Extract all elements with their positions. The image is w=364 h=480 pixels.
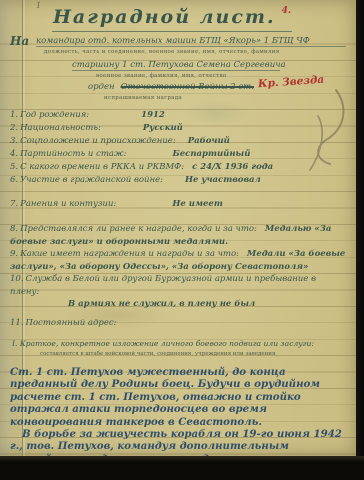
item-number: 8.	[10, 224, 18, 234]
item-number: 7.	[10, 199, 18, 209]
item-value: В армиях не служил, в плену не был	[68, 298, 348, 311]
section-caption: составляется в штабе войсковой части, со…	[40, 351, 275, 357]
item-number: 6.	[10, 175, 18, 185]
item-label: Национальность:	[20, 123, 101, 133]
form-row-white-army: 10.Служба в Белой или другой Буржуазной …	[10, 273, 348, 311]
item-label: Какие имеет награждения и награды и за ч…	[20, 249, 239, 259]
merit-narrative: Ст. 1 ст. Петухов мужественный, до конца…	[10, 366, 350, 456]
form-row-birth-year: 1.Год рождения:1912	[10, 109, 348, 122]
pencil-corner-mark: 1	[36, 1, 41, 10]
narrative-paragraph: Ст. 1 ст. Петухов мужественный, до конца…	[10, 366, 350, 428]
item-label: Соцположение и происхождение:	[20, 136, 176, 146]
item-number: 1.	[10, 110, 18, 120]
narrative-paragraph: В борьбе за живучесть корабля он 19-го и…	[10, 428, 350, 456]
form-items: 1.Год рождения:1912 2.Национальность:Рус…	[10, 109, 348, 330]
header-position-line: командира отд. котельных машин БТЩ «Якор…	[36, 36, 348, 47]
item-label: С какого времени в РККА и РКВМФ:	[20, 162, 184, 172]
item-number: 9.	[10, 249, 18, 259]
form-row-address: 11.Постоянный адрес:	[10, 317, 348, 330]
form-row-party: 4.Партийность и стаж:Беспартийный	[10, 148, 348, 161]
header-name-line: старшину 1 ст. Петухова Семена Сергеевич…	[72, 60, 282, 71]
item-label: Представлялся ли ранее к награде, когда …	[20, 224, 257, 234]
header-preposition: На	[10, 34, 29, 48]
item-value: Рабочий	[188, 136, 230, 146]
award-struck-text: Отечественной Войны 2 ст.	[121, 82, 254, 92]
item-value: с 24/X 1936 года	[192, 162, 273, 172]
form-row-civil-war: 6.Участие в гражданской войне:Не участво…	[10, 174, 348, 187]
form-row-service-since: 5.С какого времени в РККА и РКВМФ:с 24/X…	[10, 161, 348, 174]
item-label: Партийность и стаж:	[20, 149, 126, 159]
item-label: Участие в гражданской войне:	[20, 175, 163, 185]
scanned-award-sheet: 1 Наградной лист.4. На командира отд. ко…	[0, 0, 364, 480]
form-row-nationality: 2.Национальность:Русский	[10, 122, 348, 135]
form-row-social-origin: 3.Соцположение и происхождение:Рабочий	[10, 135, 348, 148]
award-caption: испрашиваемая награда	[104, 95, 182, 101]
item-label: Год рождения:	[20, 110, 89, 120]
section-heading: I. Краткое, конкретное изложение личного…	[12, 339, 346, 348]
item-number: 5.	[10, 162, 18, 172]
form-row-wounds: 7.Ранения и контузии:Не имеет	[10, 198, 348, 211]
item-number: 3.	[10, 136, 18, 146]
item-value: Не участвовал	[185, 175, 261, 185]
item-label: Служба в Белой или другой Буржуазной арм…	[10, 274, 316, 297]
item-value: 1912	[141, 110, 165, 120]
item-number: 2.	[10, 123, 18, 133]
item-label: Ранения и контузии:	[20, 199, 116, 209]
award-word: орден	[88, 82, 115, 92]
scan-edge-right	[356, 0, 364, 480]
item-value: Беспартийный	[173, 149, 251, 159]
position-text: командира отд. котельных машин БТЩ «Якор…	[36, 36, 346, 47]
item-label: Постоянный адрес:	[26, 318, 117, 328]
item-number: 11.	[10, 318, 24, 328]
page-title-text: Наградной лист.	[53, 6, 276, 28]
name-caption: военное звание, фамилия, имя, отчество	[96, 73, 227, 79]
form-row-existing-awards: 9.Какие имеет награждения и награды и за…	[10, 248, 348, 273]
item-number: 10.	[10, 274, 24, 284]
item-value: Русский	[143, 123, 183, 133]
name-text: старшину 1 ст. Петухова Семена Сергеевич…	[72, 60, 280, 71]
item-value: Не имеет	[172, 199, 222, 209]
item-number: 4.	[10, 149, 18, 159]
page-title: Наградной лист.4.	[52, 6, 292, 32]
red-number-mark: 4.	[282, 6, 291, 16]
scan-edge-bottom	[0, 456, 364, 480]
form-row-prior-nominations: 8.Представлялся ли ранее к награде, когд…	[10, 223, 348, 248]
paper-sheet: 1 Наградной лист.4. На командира отд. ко…	[0, 0, 356, 456]
position-caption: должность, часть и соединение, военное з…	[44, 49, 280, 55]
